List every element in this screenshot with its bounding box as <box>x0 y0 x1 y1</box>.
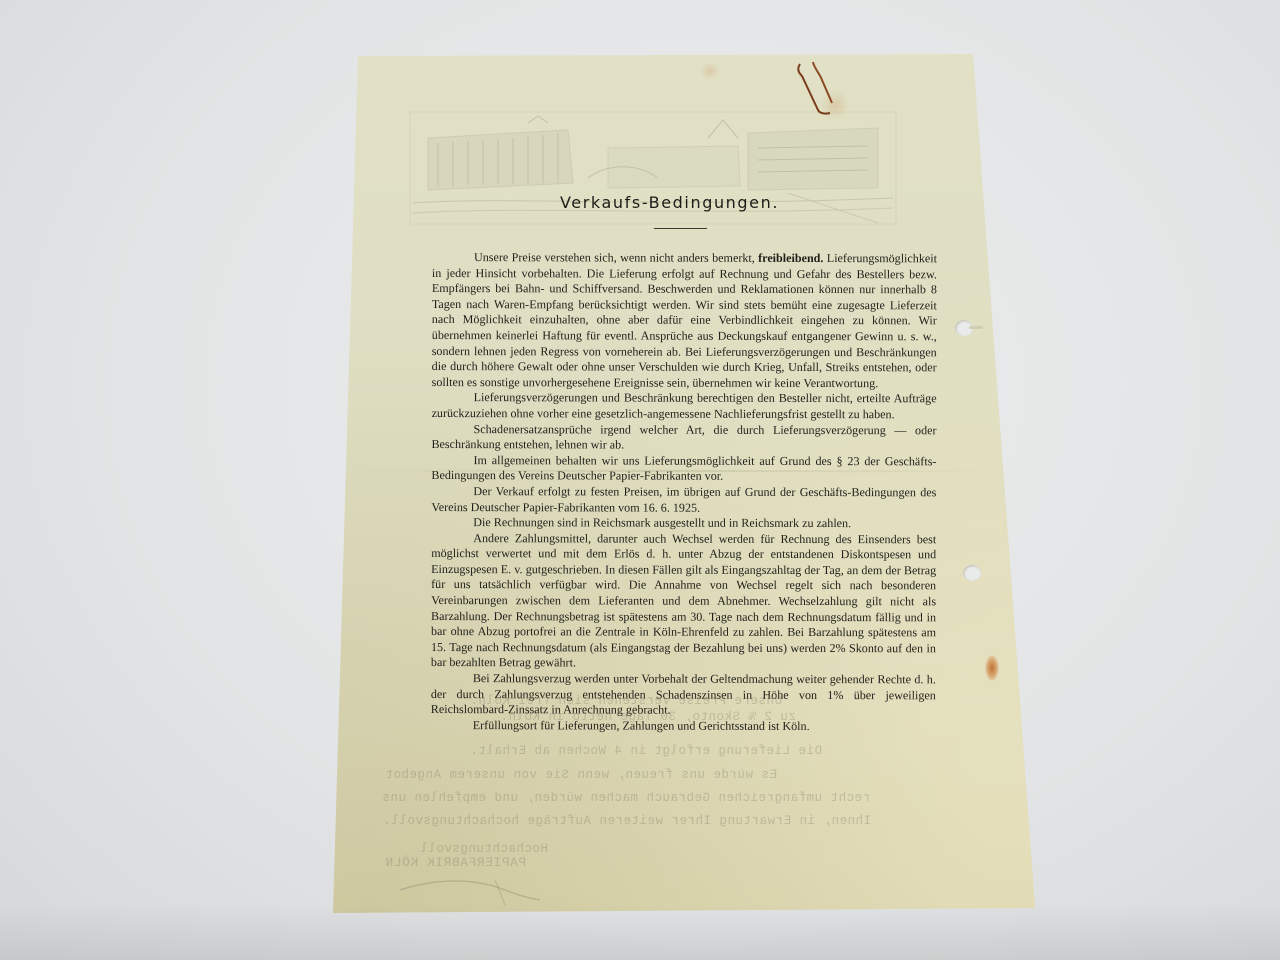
show-through-line: recht umfangreichen Gebrauch machen würd… <box>382 791 870 805</box>
terms-paragraph-3: Schadenersatzansprüche irgend welcher Ar… <box>431 422 936 455</box>
show-through-signature <box>395 870 555 910</box>
paragraph-text: Unsere Preise verstehen sich, wenn nicht… <box>474 250 758 265</box>
terms-paragraph-1: Unsere Preise verstehen sich, wenn nicht… <box>432 250 937 392</box>
stain-spot <box>700 62 720 80</box>
punch-hole <box>963 565 981 581</box>
wire-staple-icon <box>790 58 840 118</box>
terms-paragraph-6: Die Rechnungen sind in Reichsmark ausges… <box>431 515 936 532</box>
punch-hole-tear <box>969 326 983 329</box>
show-through-line: Ihnen, in Erwartung Ihrer weiteren Auftr… <box>383 814 871 828</box>
show-through-line: Es würde uns freuen, wenn Sie von unsere… <box>385 768 777 782</box>
show-through-line: PAPIERFABRIK KÖLN <box>385 855 526 870</box>
document-title: Verkaufs-Bedingungen. <box>560 193 860 212</box>
terms-paragraph-7: Andere Zahlungsmittel, darunter auch Wec… <box>431 531 936 673</box>
show-through-line: zu 2 % Skonto, 30 Tage netto in Köln. <box>500 710 796 724</box>
terms-paragraph-2: Lieferungsverzögerungen und Beschränkung… <box>432 390 937 423</box>
show-through-line: Die Lieferung erfolgt in 4 Wochen ab Erh… <box>470 744 822 758</box>
title-underline <box>654 228 707 229</box>
rust-stain <box>985 655 999 681</box>
terms-body: Unsere Preise verstehen sich, wenn nicht… <box>431 250 937 735</box>
terms-paragraph-4: Im allgemeinen behalten wir uns Lieferun… <box>431 453 936 486</box>
terms-paragraph-5: Der Verkauf erfolgt zu festen Preisen, i… <box>431 484 936 517</box>
emphasis-freibleibend: freibleibend. <box>758 251 823 265</box>
show-through-line: Unsere Preise verstehen sich frei Köln. <box>470 694 782 708</box>
paragraph-text: Lieferungsmöglichkeit in jeder Hinsicht … <box>432 251 937 390</box>
show-through-line: Hochachtungsvoll <box>420 842 548 856</box>
